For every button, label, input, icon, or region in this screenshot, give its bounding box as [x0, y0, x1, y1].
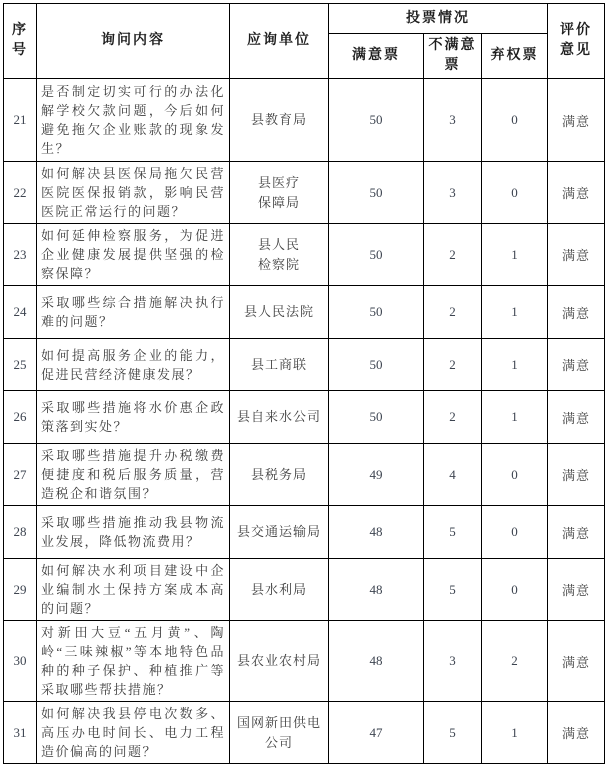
abstain-votes-value: 1: [482, 702, 548, 764]
unsatisfied-votes-value: 4: [424, 444, 482, 506]
responding-unit: 县教育局: [230, 79, 329, 162]
satisfied-votes-value: 48: [329, 506, 424, 559]
table-row: 31如何解决我县停电次数多、高压办电时间长、电力工程造价偏高的问题？国网新田供电…: [4, 702, 605, 764]
row-number: 30: [4, 621, 37, 702]
unsatisfied-votes-value: 5: [424, 559, 482, 621]
evaluation-opinion-value: 满意: [548, 621, 605, 702]
table-row: 25如何提高服务企业的能力，促进民营经济健康发展？县工商联5021满意: [4, 339, 605, 391]
evaluation-opinion-value: 满意: [548, 79, 605, 162]
responding-unit: 县农业农村局: [230, 621, 329, 702]
satisfied-votes-value: 49: [329, 444, 424, 506]
row-number: 31: [4, 702, 37, 764]
table-header: 序 号 询问内容 应询单位 投票情况 评价 意见 满意票 不满意票 弃权票: [4, 4, 605, 79]
header-unsatisfied-votes: 不满意票: [424, 34, 482, 79]
responding-unit: 县水利局: [230, 559, 329, 621]
unsatisfied-votes-value: 2: [424, 391, 482, 444]
question-content: 如何解决县医保局拖欠民营医院医保报销款，影响民营医院正常运行的问题？: [37, 162, 230, 224]
header-row-1: 序 号 询问内容 应询单位 投票情况 评价 意见: [4, 4, 605, 34]
abstain-votes-value: 1: [482, 224, 548, 286]
inquiry-vote-table: 序 号 询问内容 应询单位 投票情况 评价 意见 满意票 不满意票 弃权票 21…: [3, 3, 605, 764]
row-number: 24: [4, 286, 37, 339]
row-number: 27: [4, 444, 37, 506]
question-content: 采取哪些措施将水价惠企政策落到实处？: [37, 391, 230, 444]
question-content: 采取哪些综合措施解决执行难的问题？: [37, 286, 230, 339]
unsatisfied-votes-value: 3: [424, 621, 482, 702]
evaluation-opinion-value: 满意: [548, 702, 605, 764]
unsatisfied-votes-value: 3: [424, 162, 482, 224]
question-content: 如何解决我县停电次数多、高压办电时间长、电力工程造价偏高的问题？: [37, 702, 230, 764]
evaluation-opinion-value: 满意: [548, 339, 605, 391]
evaluation-opinion-value: 满意: [548, 559, 605, 621]
document-page: 序 号 询问内容 应询单位 投票情况 评价 意见 满意票 不满意票 弃权票 21…: [0, 0, 607, 738]
evaluation-opinion-value: 满意: [548, 444, 605, 506]
table-row: 24采取哪些综合措施解决执行难的问题？县人民法院5021满意: [4, 286, 605, 339]
satisfied-votes-value: 48: [329, 621, 424, 702]
unsatisfied-votes-value: 5: [424, 506, 482, 559]
evaluation-opinion-value: 满意: [548, 162, 605, 224]
question-content: 如何解决水利项目建设中企业编制水土保持方案成本高的问题？: [37, 559, 230, 621]
row-number: 28: [4, 506, 37, 559]
header-responding-unit: 应询单位: [230, 4, 329, 79]
abstain-votes-value: 1: [482, 391, 548, 444]
header-serial-number: 序 号: [4, 4, 37, 79]
table-row: 28采取哪些措施推动我县物流业发展，降低物流费用？县交通运输局4850满意: [4, 506, 605, 559]
unsatisfied-votes-value: 2: [424, 286, 482, 339]
abstain-votes-value: 0: [482, 559, 548, 621]
table-row: 30对新田大豆“五月黄”、陶岭“三味辣椒”等本地特色品种的种子保护、种植推广等采…: [4, 621, 605, 702]
abstain-votes-value: 0: [482, 79, 548, 162]
abstain-votes-value: 2: [482, 621, 548, 702]
satisfied-votes-value: 50: [329, 339, 424, 391]
unsatisfied-votes-value: 2: [424, 339, 482, 391]
header-voting-situation: 投票情况: [329, 4, 548, 34]
header-abstain-votes: 弃权票: [482, 34, 548, 79]
unsatisfied-votes-value: 5: [424, 702, 482, 764]
table-row: 23如何延伸检察服务，为促进企业健康发展提供坚强的检察保障？县人民 检察院502…: [4, 224, 605, 286]
table-row: 29如何解决水利项目建设中企业编制水土保持方案成本高的问题？县水利局4850满意: [4, 559, 605, 621]
row-number: 22: [4, 162, 37, 224]
row-number: 23: [4, 224, 37, 286]
row-number: 26: [4, 391, 37, 444]
abstain-votes-value: 1: [482, 339, 548, 391]
header-inquiry-content: 询问内容: [37, 4, 230, 79]
question-content: 采取哪些措施提升办税缴费便捷度和税后服务质量，营造税企和谐氛围？: [37, 444, 230, 506]
satisfied-votes-value: 48: [329, 559, 424, 621]
question-content: 如何提高服务企业的能力，促进民营经济健康发展？: [37, 339, 230, 391]
evaluation-opinion-value: 满意: [548, 506, 605, 559]
row-number: 29: [4, 559, 37, 621]
row-number: 21: [4, 79, 37, 162]
satisfied-votes-value: 50: [329, 391, 424, 444]
responding-unit: 国网新田供电 公司: [230, 702, 329, 764]
responding-unit: 县医疗 保障局: [230, 162, 329, 224]
abstain-votes-value: 0: [482, 506, 548, 559]
table-row: 22如何解决县医保局拖欠民营医院医保报销款，影响民营医院正常运行的问题？县医疗 …: [4, 162, 605, 224]
question-content: 是否制定切实可行的办法化解学校欠款问题，今后如何避免拖欠企业账款的现象发生？: [37, 79, 230, 162]
responding-unit: 县自来水公司: [230, 391, 329, 444]
responding-unit: 县交通运输局: [230, 506, 329, 559]
question-content: 采取哪些措施推动我县物流业发展，降低物流费用？: [37, 506, 230, 559]
satisfied-votes-value: 50: [329, 224, 424, 286]
satisfied-votes-value: 50: [329, 162, 424, 224]
responding-unit: 县人民法院: [230, 286, 329, 339]
satisfied-votes-value: 50: [329, 79, 424, 162]
abstain-votes-value: 1: [482, 286, 548, 339]
satisfied-votes-value: 50: [329, 286, 424, 339]
responding-unit: 县税务局: [230, 444, 329, 506]
header-satisfied-votes: 满意票: [329, 34, 424, 79]
row-number: 25: [4, 339, 37, 391]
abstain-votes-value: 0: [482, 444, 548, 506]
table-row: 21是否制定切实可行的办法化解学校欠款问题，今后如何避免拖欠企业账款的现象发生？…: [4, 79, 605, 162]
table-body: 21是否制定切实可行的办法化解学校欠款问题，今后如何避免拖欠企业账款的现象发生？…: [4, 79, 605, 764]
responding-unit: 县工商联: [230, 339, 329, 391]
question-content: 对新田大豆“五月黄”、陶岭“三味辣椒”等本地特色品种的种子保护、种植推广等采取哪…: [37, 621, 230, 702]
evaluation-opinion-value: 满意: [548, 286, 605, 339]
header-evaluation-opinion: 评价 意见: [548, 4, 605, 79]
evaluation-opinion-value: 满意: [548, 391, 605, 444]
responding-unit: 县人民 检察院: [230, 224, 329, 286]
table-row: 26采取哪些措施将水价惠企政策落到实处？县自来水公司5021满意: [4, 391, 605, 444]
evaluation-opinion-value: 满意: [548, 224, 605, 286]
unsatisfied-votes-value: 2: [424, 224, 482, 286]
satisfied-votes-value: 47: [329, 702, 424, 764]
table-row: 27采取哪些措施提升办税缴费便捷度和税后服务质量，营造税企和谐氛围？县税务局49…: [4, 444, 605, 506]
question-content: 如何延伸检察服务，为促进企业健康发展提供坚强的检察保障？: [37, 224, 230, 286]
abstain-votes-value: 0: [482, 162, 548, 224]
unsatisfied-votes-value: 3: [424, 79, 482, 162]
